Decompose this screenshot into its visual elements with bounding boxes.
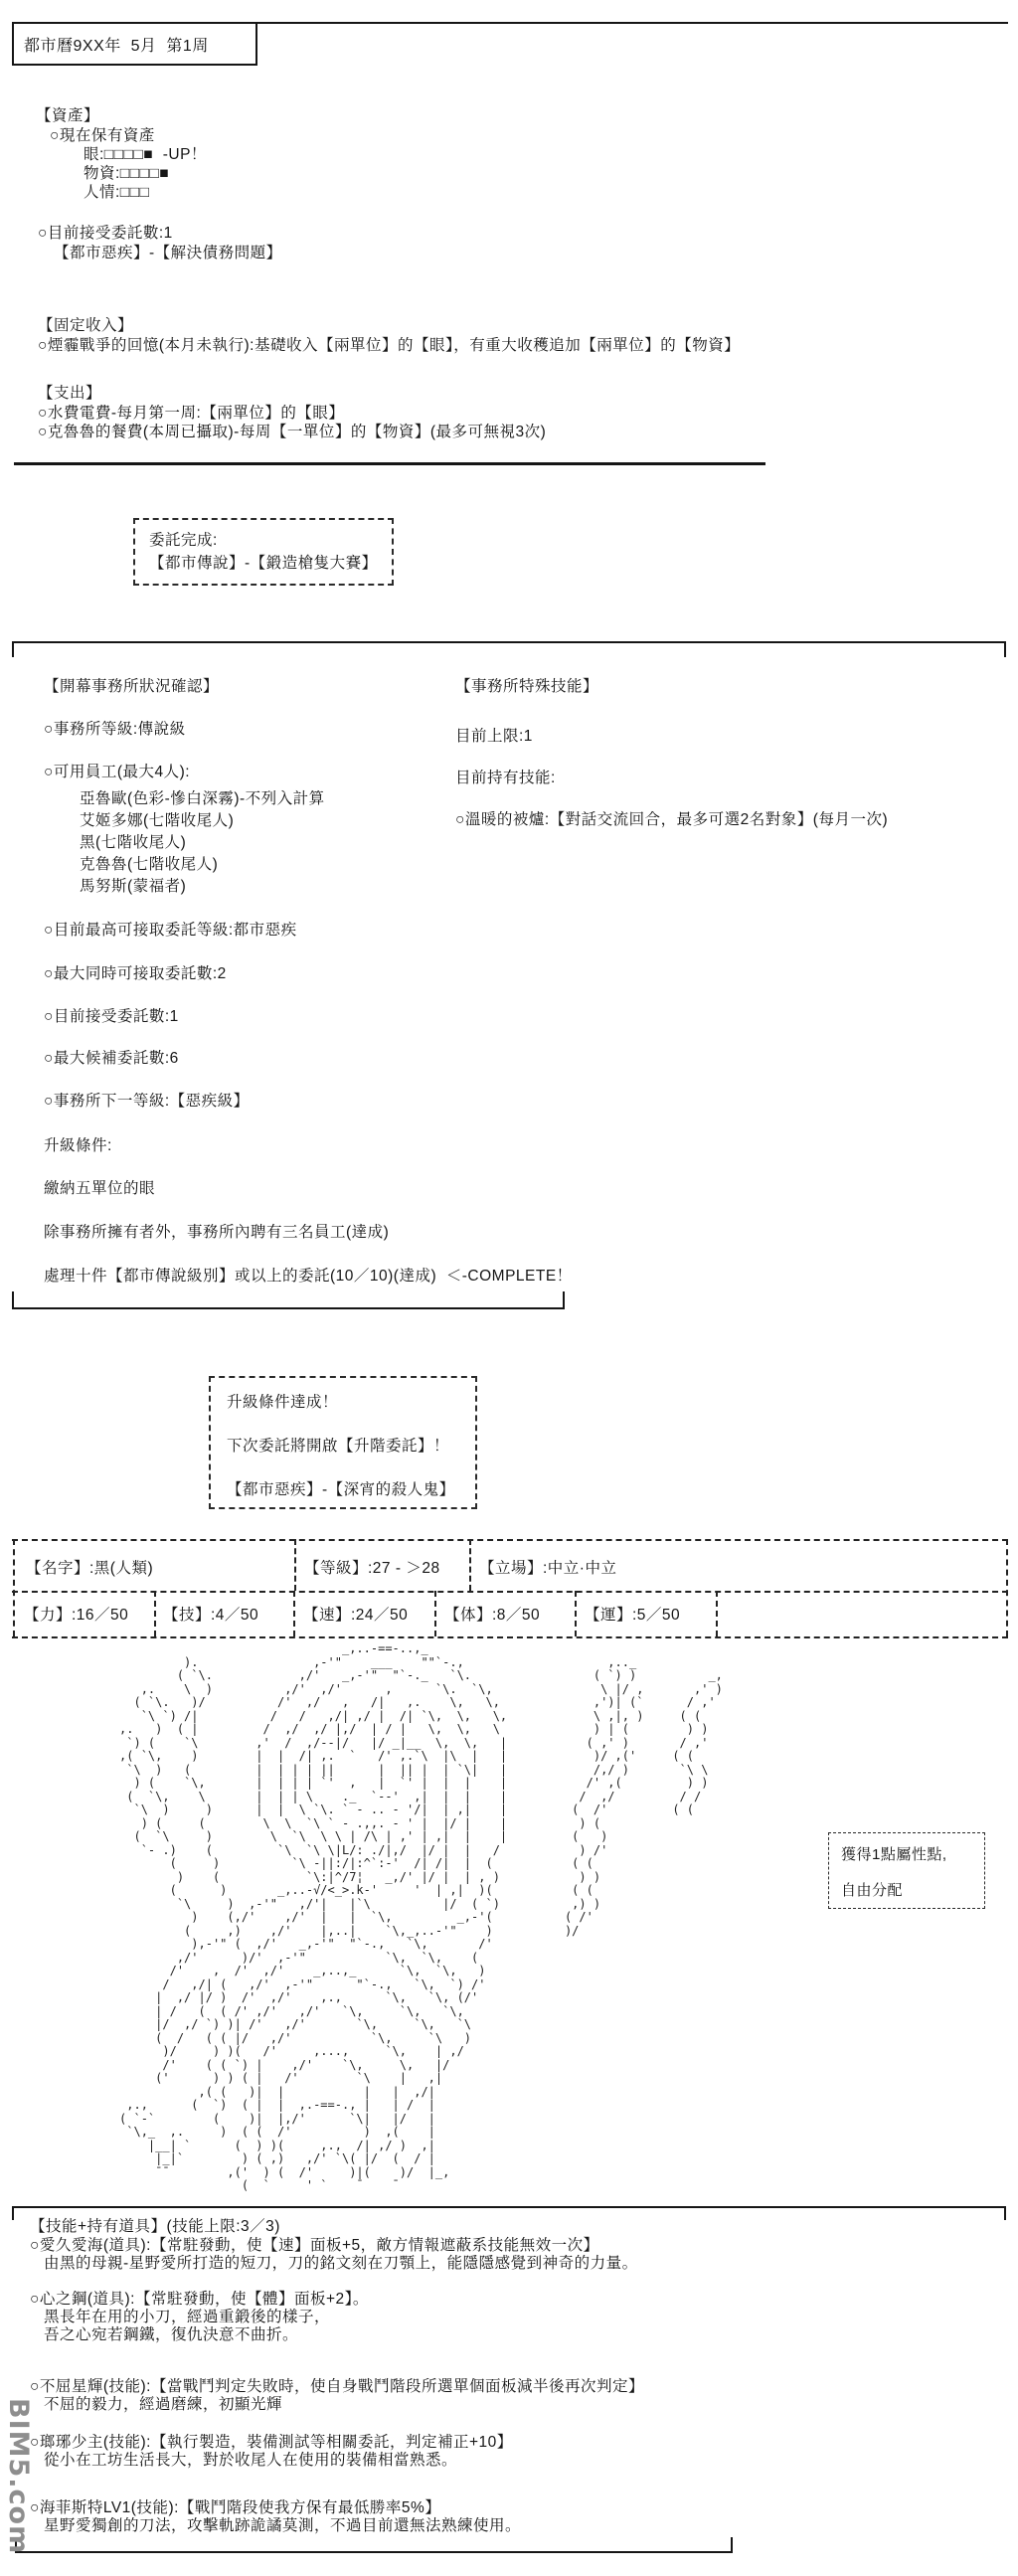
office-skill-kotatsu: ○溫暖的被爐:【對話交流回合，最多可選2名對象】(每月一次) [455,807,888,829]
commission-name: 【都市惡疾】-【解決債務問題】 [54,241,282,262]
date-box: 都市曆9XX年 5月 第1周 [12,22,257,66]
expenses-title: 【支出】 [38,381,101,403]
stat-table-v1 [294,1539,296,1591]
skills-tick-tl [12,2206,14,2220]
stat-skl: 【技】:4／50 [163,1603,258,1625]
office-title: 【開幕事務所狀況確認】 [44,674,219,696]
stat-str: 【力】:16／50 [24,1603,128,1625]
office-current-count: ○目前接受委託數:1 [44,1004,179,1026]
office-max-concurrent: ○最大同時可接取委託數:2 [44,961,227,983]
bottom-tick-r [731,2537,733,2551]
fixed-income-line: ○煙霾戰爭的回憶(本月未執行):基礎收入【兩單位】的【眼】，有重大收穫追加【兩單… [38,333,740,355]
skills-section-top [12,2206,1006,2208]
stat-table-top [12,1539,1008,1541]
stat-table-v6 [575,1591,577,1636]
expense-food: ○克魯魯的餐費(本周已攝取)-每周【一單位】的【物資】(最多可無視3次) [38,420,546,441]
office-box-tick-tl [12,641,14,657]
ascii-art: _,..-==-..,_ ). ,-'" ___ ""`-., ,.._ ( `… [55,1642,723,2193]
office-skills-title: 【事務所特殊技能】 [455,674,598,696]
top-rule [254,22,1008,24]
page-bottom-rule [15,2551,733,2553]
page: 都市曆9XX年 5月 第1周 【資產】 ○現在保有資產 眼:□□□□■ -UP！… [0,0,1018,2576]
stat-table-v3 [154,1591,156,1636]
stat-table-v5 [434,1591,436,1636]
completed-line2: 【都市傳說】-【鍛造槍隻大賽】 [149,551,378,573]
stat-table-vright [1006,1539,1008,1636]
attribute-point-line1: 獲得1點屬性點, [841,1843,947,1864]
assets-title: 【資產】 [36,103,99,125]
staff-member: 亞魯歐(色彩-慘白深霧)-不列入計算 [80,786,325,808]
upgrade-title: 升級條件: [44,1133,112,1155]
upgrade-achieved-line3: 【都市惡疾】-【深宵的殺人鬼】 [227,1477,455,1499]
stat-table-v4 [293,1591,295,1636]
stat-bod: 【体】:8／50 [444,1603,540,1625]
upgrade-achieved-box: 升級條件達成！ 下次委託將開啟【升階委託】！ 【都市惡疾】-【深宵的殺人鬼】 [209,1376,477,1509]
office-max-grade: ○目前最高可接取委託等級:都市惡疾 [44,918,297,940]
upgrade-achieved-line1: 升級條件達成！ [227,1390,338,1412]
stat-table-bottom [12,1636,1008,1638]
staff-member: 馬努斯(蒙福者) [80,874,186,896]
date-header: 都市曆9XX年 5月 第1周 [24,33,209,56]
completed-commission-box: 委託完成: 【都市傳說】-【鍛造槍隻大賽】 [133,518,394,586]
office-staff-title: ○可用員工(最大4人): [44,760,190,781]
asset-favor: 人情:□□□ [84,180,149,202]
stat-spd: 【速】:24／50 [303,1603,408,1625]
char-level: 【等級】:27 - ＞28 [304,1556,440,1578]
upgrade-cond1: 繳納五單位的眼 [44,1176,155,1198]
skill-desc: 不屈的毅力，經過磨練，初顯光輝 [44,2392,282,2414]
skill-desc: 吾之心宛若鋼鐵，復仇決意不曲折。 [44,2322,298,2344]
skill-desc: 星野愛獨創的刀法，攻擊軌跡詭譎莫測，不過目前還無法熟練使用。 [44,2513,521,2535]
office-max-candidates: ○最大候補委託數:6 [44,1046,179,1068]
skills-tick-tr [1004,2206,1006,2220]
completed-line1: 委託完成: [149,528,218,550]
office-skills-owned-title: 目前持有技能: [455,766,556,787]
stat-table-v7 [716,1591,718,1636]
stat-table-vleft [13,1539,15,1636]
upgrade-cond2: 除事務所擁有者外，事務所內聘有三名員工(達成) [44,1220,389,1242]
attribute-point-line2: 自由分配 [841,1879,903,1900]
office-next-grade: ○事務所下一等級:【惡疾級】 [44,1089,250,1111]
stat-table-mid [12,1591,1008,1593]
upgrade-cond3: 處理十件【都市傳說級別】或以上的委託(10／10)(達成) ＜-COMPLETE… [44,1264,573,1286]
staff-member: 艾姬多娜(七階收尾人) [80,808,234,830]
char-stance: 【立場】:中立·中立 [479,1556,616,1578]
skill-desc: 由黑的母親-星野愛所打造的短刀，刀的銘文刻在刀顎上，能隱隱感覺到神奇的力量。 [44,2251,638,2273]
stat-lck: 【運】:5／50 [585,1603,680,1625]
skill-desc: 從小在工坊生活長大，對於收尾人在使用的裝備相當熟悉。 [44,2448,457,2470]
staff-member: 黑(七階收尾人) [80,830,186,852]
staff-member: 克魯魯(七階收尾人) [80,852,218,874]
office-box-tick-tr [1004,641,1006,657]
attribute-point-box: 獲得1點屬性點, 自由分配 [828,1832,985,1909]
fixed-income-title: 【固定收入】 [38,313,133,335]
office-box-top [12,641,1006,643]
commission-count: ○目前接受委託數:1 [38,221,173,243]
section-divider [14,462,765,465]
upgrade-achieved-line2: 下次委託將開啟【升階委託】！ [227,1434,449,1456]
char-name: 【名字】:黑(人類) [26,1556,153,1578]
office-box-tick-bl [12,1291,14,1307]
office-grade: ○事務所等級:傳說級 [44,717,186,739]
watermark: BIM5.com [3,2398,34,2554]
office-skills-limit: 目前上限:1 [455,724,533,746]
office-box-tick-br [563,1291,565,1307]
stat-table-v2 [469,1539,471,1591]
office-box-bottom [12,1307,565,1309]
